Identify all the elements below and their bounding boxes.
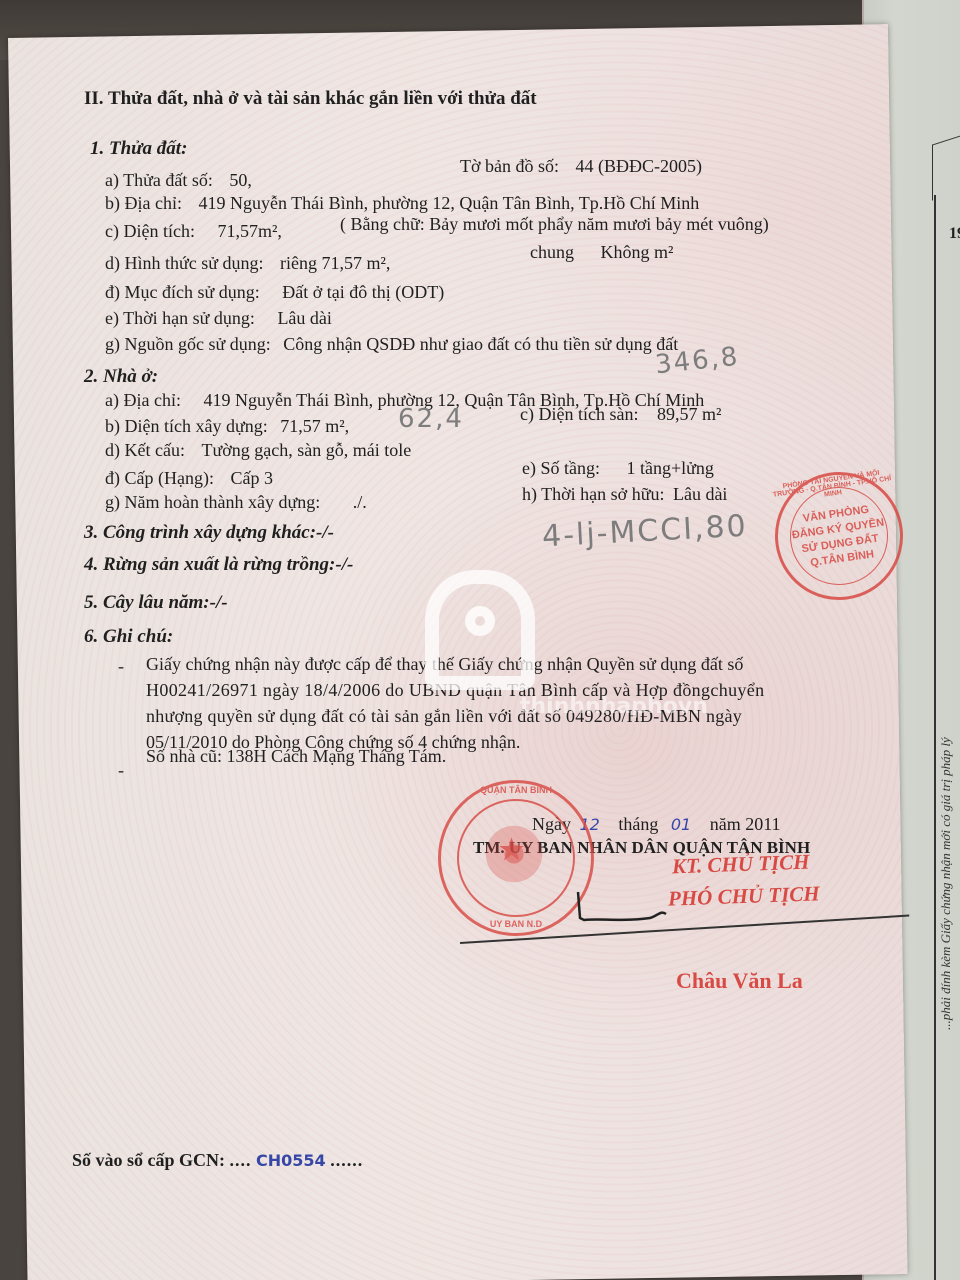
- grade-value: Cấp 3: [230, 468, 273, 488]
- map-sheet-value: 44 (BĐĐC-2005): [576, 156, 703, 176]
- build-area-value: 71,57 m²,: [280, 416, 349, 436]
- usage-shared-value: Không m²: [601, 242, 674, 262]
- land-area-words: ( Bằng chữ: Bảy mươi mốt phẩy năm mươi b…: [340, 214, 769, 235]
- notes-heading: 6. Ghi chú:: [84, 626, 173, 648]
- structure-row: d) Kết cấu: Tường gạch, sàn gỗ, mái tole: [105, 440, 411, 461]
- floor-area-value: 89,57 m²: [657, 404, 721, 424]
- date-month: 01: [671, 815, 691, 834]
- watermark-text: thinhnhaphovn: [520, 694, 708, 719]
- registry-dots: ....: [230, 1150, 252, 1170]
- office-stamp-center: VĂN PHÒNG ĐĂNG KÝ QUYỀN SỬ DỤNG ĐẤT Q.TÂ…: [775, 499, 904, 575]
- location-pin-icon: [465, 606, 495, 636]
- registry-row: Số vào sổ cấp GCN: .... CH0554 ......: [72, 1150, 363, 1171]
- date-year: năm 2011: [710, 814, 781, 834]
- other-construction: 3. Công trình xây dựng khác:-/-: [84, 522, 334, 544]
- usage-form-label: d) Hình thức sử dụng:: [105, 253, 264, 273]
- usage-form-row: d) Hình thức sử dụng: riêng 71,57 m²,: [105, 253, 390, 274]
- map-sheet-row: Tờ bản đồ số: 44 (BĐĐC-2005): [460, 156, 702, 177]
- ownership-label: h) Thời hạn sở hữu:: [522, 484, 664, 504]
- handwritten-note-2: 62,4: [398, 404, 464, 434]
- purpose-value: Đất ở tại đô thị (ODT): [282, 282, 444, 302]
- land-address-value: 419 Nguyễn Thái Bình, phường 12, Quận Tâ…: [198, 193, 699, 213]
- signature-icon: [560, 888, 680, 928]
- plot-number-value: 50,: [229, 170, 252, 190]
- completion-label: g) Năm hoàn thành xây dựng:: [105, 492, 320, 512]
- structure-label: d) Kết cấu:: [105, 440, 185, 460]
- completion-row: g) Năm hoàn thành xây dựng: ./.: [105, 492, 367, 513]
- floors-value: 1 tầng+lửng: [627, 458, 714, 478]
- plot-number-row: a) Thửa đất số: 50,: [105, 170, 252, 191]
- land-registration-office-stamp: PHÒNG TÀI NGUYÊN VÀ MÔI TRƯỜNG · Q.TÂN B…: [767, 464, 912, 609]
- build-area-row: b) Diện tích xây dựng: 71,57 m²,: [105, 416, 349, 437]
- note-2-line-1: Số nhà cũ: 138H Cách Mạng Tháng Tám.: [146, 746, 446, 767]
- land-area-row: c) Diện tích: 71,57m²,: [105, 221, 282, 242]
- star-icon: ★: [499, 833, 524, 866]
- build-area-label: b) Diện tích xây dựng:: [105, 416, 268, 436]
- seal-ring-top: QUẬN TÂN BÌNH: [441, 785, 591, 795]
- house-heading: 2. Nhà ở:: [84, 366, 158, 388]
- land-area-label: c) Diện tích:: [105, 221, 195, 241]
- purpose-row: đ) Mục đích sử dụng: Đất ở tại đô thị (O…: [105, 282, 444, 303]
- note-bullet-1: -: [118, 656, 124, 677]
- signer-name: Châu Văn La: [676, 968, 803, 994]
- floor-area-row: c) Diện tích sàn: 89,57 m²: [520, 404, 721, 425]
- map-sheet-label: Tờ bản đồ số:: [460, 156, 559, 176]
- registry-dots-end: ......: [330, 1150, 363, 1170]
- usage-private-value: riêng 71,57 m²,: [280, 253, 390, 273]
- floors-row: e) Số tầng: 1 tầng+lửng: [522, 458, 714, 479]
- land-address-label: b) Địa chỉ:: [105, 193, 182, 213]
- production-forest: 4. Rừng sản xuất là rừng trồng:-/-: [84, 554, 353, 576]
- land-heading: 1. Thửa đất:: [90, 138, 187, 160]
- house-address-label: a) Địa chỉ:: [105, 390, 181, 410]
- watermark-logo-icon: [425, 570, 535, 690]
- perennial-trees: 5. Cây lâu năm:-/-: [84, 592, 228, 614]
- usage-term-label: e) Thời hạn sử dụng:: [105, 308, 255, 328]
- origin-value: Công nhận QSDĐ như giao đất có thu tiền …: [283, 334, 678, 354]
- origin-label: g) Nguồn gốc sử dụng:: [105, 334, 271, 354]
- plot-number-label: a) Thửa đất số:: [105, 170, 213, 190]
- floors-label: e) Số tầng:: [522, 458, 600, 478]
- ownership-value: Lâu dài: [673, 484, 727, 504]
- usage-shared-label: chung: [530, 242, 574, 262]
- floor-area-label: c) Diện tích sàn:: [520, 404, 638, 424]
- grade-label: đ) Cấp (Hạng):: [105, 468, 214, 488]
- completion-value: ./.: [353, 492, 367, 512]
- signer-title-2: PHÓ CHỦ TỊCH: [668, 881, 820, 911]
- land-address-row: b) Địa chỉ: 419 Nguyễn Thái Bình, phường…: [105, 193, 699, 214]
- registry-label: Số vào sổ cấp GCN:: [72, 1150, 225, 1170]
- structure-value: Tường gạch, sàn gỗ, mái tole: [201, 440, 411, 460]
- grade-row: đ) Cấp (Hạng): Cấp 3: [105, 468, 273, 489]
- registry-value: CH0554: [256, 1151, 326, 1170]
- ownership-row: h) Thời hạn sở hữu: Lâu dài: [522, 484, 727, 505]
- handwritten-note-3: 4-lj-MCCI,80: [541, 509, 748, 555]
- section-title: II. Thửa đất, nhà ở và tài sản khác gắn …: [84, 88, 537, 110]
- usage-shared-row: chung Không m²: [530, 242, 673, 263]
- land-area-value: 71,57m²,: [217, 221, 281, 241]
- usage-term-value: Lâu dài: [277, 308, 331, 328]
- date-month-label: tháng: [618, 814, 658, 834]
- origin-row: g) Nguồn gốc sử dụng: Công nhận QSDĐ như…: [105, 334, 678, 355]
- usage-term-row: e) Thời hạn sử dụng: Lâu dài: [105, 308, 332, 329]
- note-bullet-2: -: [118, 760, 124, 781]
- signer-title-1: KT. CHỦ TỊCH: [672, 850, 810, 880]
- certificate-content: II. Thửa đất, nhà ở và tài sản khác gắn …: [0, 0, 960, 1280]
- purpose-label: đ) Mục đích sử dụng:: [105, 282, 260, 302]
